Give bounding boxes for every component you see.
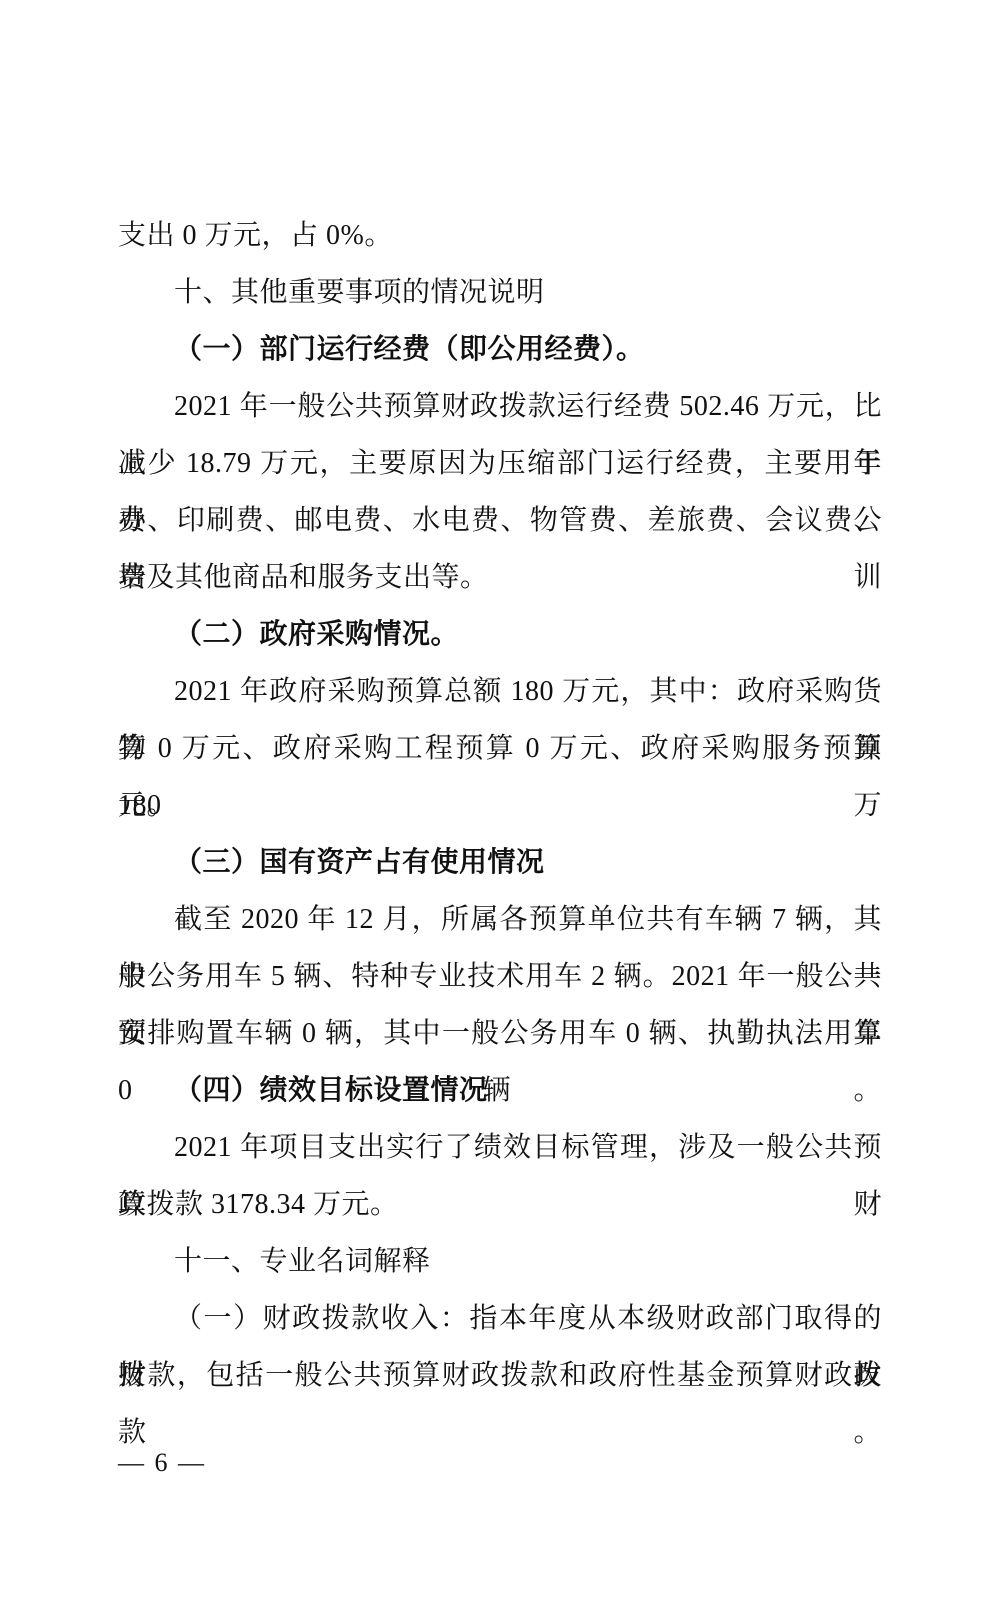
paragraph-line: 算 0 万元、政府采购工程预算 0 万元、政府采购服务预算 180 万 (118, 720, 882, 777)
subsection-3-heading: （三）国有资产占有使用情况 (118, 834, 882, 891)
subsection-2-heading: （二）政府采购情况。 (118, 606, 882, 663)
document-page: 支出 0 万元，占 0%。 十、其他重要事项的情况说明 （一）部门运行经费（即公… (0, 0, 1000, 1600)
paragraph-line: 安排购置车辆 0 辆，其中一般公务用车 0 辆、执勤执法用车 0 辆。 (118, 1005, 882, 1062)
paragraph-line: （一）财政拨款收入：指本年度从本级财政部门取得的财政 (118, 1290, 882, 1347)
subsection-1-heading: （一）部门运行经费（即公用经费）。 (118, 321, 882, 378)
paragraph-line: 2021 年政府采购预算总额 180 万元，其中：政府采购货物预 (118, 663, 882, 720)
paragraph-line: 截至 2020 年 12 月，所属各预算单位共有车辆 7 辆，其中一 (118, 891, 882, 948)
paragraph-line: 减少 18.79 万元，主要原因为压缩部门运行经费，主要用于办公 (118, 435, 882, 492)
paragraph-continuation-line: 支出 0 万元，占 0%。 (118, 207, 882, 264)
section-10-heading: 十、其他重要事项的情况说明 (118, 264, 882, 321)
paragraph-line: 2021 年一般公共预算财政拨款运行经费 502.46 万元，比上年 (118, 378, 882, 435)
section-11-heading: 十一、专业名词解释 (118, 1233, 882, 1290)
paragraph-line: 费、印刷费、邮电费、水电费、物管费、差旅费、会议费、培训 (118, 492, 882, 549)
paragraph-line: 般公务用车 5 辆、特种专业技术用车 2 辆。2021 年一般公共预算 (118, 948, 882, 1005)
paragraph-line: 拨款，包括一般公共预算财政拨款和政府性基金预算财政拨款。 (118, 1347, 882, 1404)
paragraph-line: 2021 年项目支出实行了绩效目标管理，涉及一般公共预算财 (118, 1119, 882, 1176)
